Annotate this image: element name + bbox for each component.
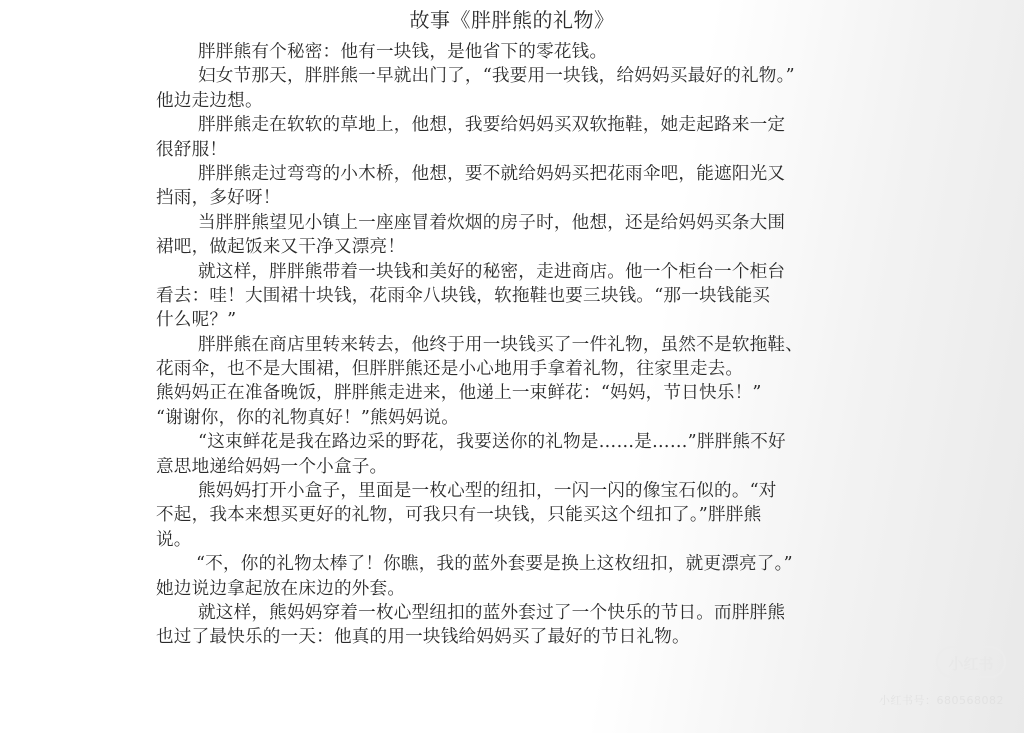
- document-title: 故事《胖胖熊的礼物》: [0, 7, 1024, 33]
- story-line: 挡雨，多好呀！: [156, 186, 878, 210]
- story-line: “这束鲜花是我在路边采的野花，我要送你的礼物是……是……”胖胖熊不好: [156, 430, 878, 454]
- story-line: 妇女节那天，胖胖熊一早就出门了，“我要用一块钱，给妈妈买最好的礼物。”: [156, 64, 878, 88]
- watermark-logo: 小红书: [936, 646, 1006, 678]
- story-line: 裙吧，做起饭来又干净又漂亮！: [156, 235, 878, 259]
- story-line: “谢谢你，你的礼物真好！”熊妈妈说。: [156, 406, 878, 430]
- story-line: 他边走边想。: [156, 89, 878, 113]
- story-line: 熊妈妈正在准备晚饭，胖胖熊走进来，他递上一束鲜花：“妈妈，节日快乐！”: [156, 381, 878, 405]
- story-line: 不起，我本来想买更好的礼物，可我只有一块钱，只能买这个纽扣了。”胖胖熊: [156, 503, 878, 527]
- story-line: “不，你的礼物太棒了！你瞧，我的蓝外套要是换上这枚纽扣，就更漂亮了。”: [156, 552, 878, 576]
- story-line: 胖胖熊有个秘密：他有一块钱，是他省下的零花钱。: [156, 40, 878, 64]
- story-line: 熊妈妈打开小盒子，里面是一枚心型的纽扣，一闪一闪的像宝石似的。“对: [156, 479, 878, 503]
- story-line: 胖胖熊在商店里转来转去，他终于用一块钱买了一件礼物，虽然不是软拖鞋、: [156, 333, 878, 357]
- story-line: 她边说边拿起放在床边的外套。: [156, 577, 878, 601]
- story-line: 胖胖熊走过弯弯的小木桥，他想，要不就给妈妈买把花雨伞吧，能遮阳光又: [156, 162, 878, 186]
- document-page: 故事《胖胖熊的礼物》 胖胖熊有个秘密：他有一块钱，是他省下的零花钱。 妇女节那天…: [0, 0, 1024, 733]
- story-line: 当胖胖熊望见小镇上一座座冒着炊烟的房子时，他想，还是给妈妈买条大围: [156, 211, 878, 235]
- story-line: 说。: [156, 528, 878, 552]
- story-body: 胖胖熊有个秘密：他有一块钱，是他省下的零花钱。 妇女节那天，胖胖熊一早就出门了，…: [156, 40, 878, 650]
- story-line: 意思地递给妈妈一个小盒子。: [156, 455, 878, 479]
- story-line: 什么呢？”: [156, 308, 878, 332]
- story-line: 也过了最快乐的一天：他真的用一块钱给妈妈买了最好的节日礼物。: [156, 625, 878, 649]
- story-line: 花雨伞，也不是大围裙，但胖胖熊还是小心地用手拿着礼物，往家里走去。: [156, 357, 878, 381]
- story-line: 就这样，熊妈妈穿着一枚心型纽扣的蓝外套过了一个快乐的节日。而胖胖熊: [156, 601, 878, 625]
- story-line: 很舒服！: [156, 138, 878, 162]
- story-line: 就这样，胖胖熊带着一块钱和美好的秘密，走进商店。他一个柜台一个柜台: [156, 260, 878, 284]
- story-line: 看去：哇！大围裙十块钱，花雨伞八块钱，软拖鞋也要三块钱。“那一块钱能买: [156, 284, 878, 308]
- story-line: 胖胖熊走在软软的草地上，他想，我要给妈妈买双软拖鞋，她走起路来一定: [156, 113, 878, 137]
- watermark-id: 小红书号：680568082: [879, 692, 1004, 708]
